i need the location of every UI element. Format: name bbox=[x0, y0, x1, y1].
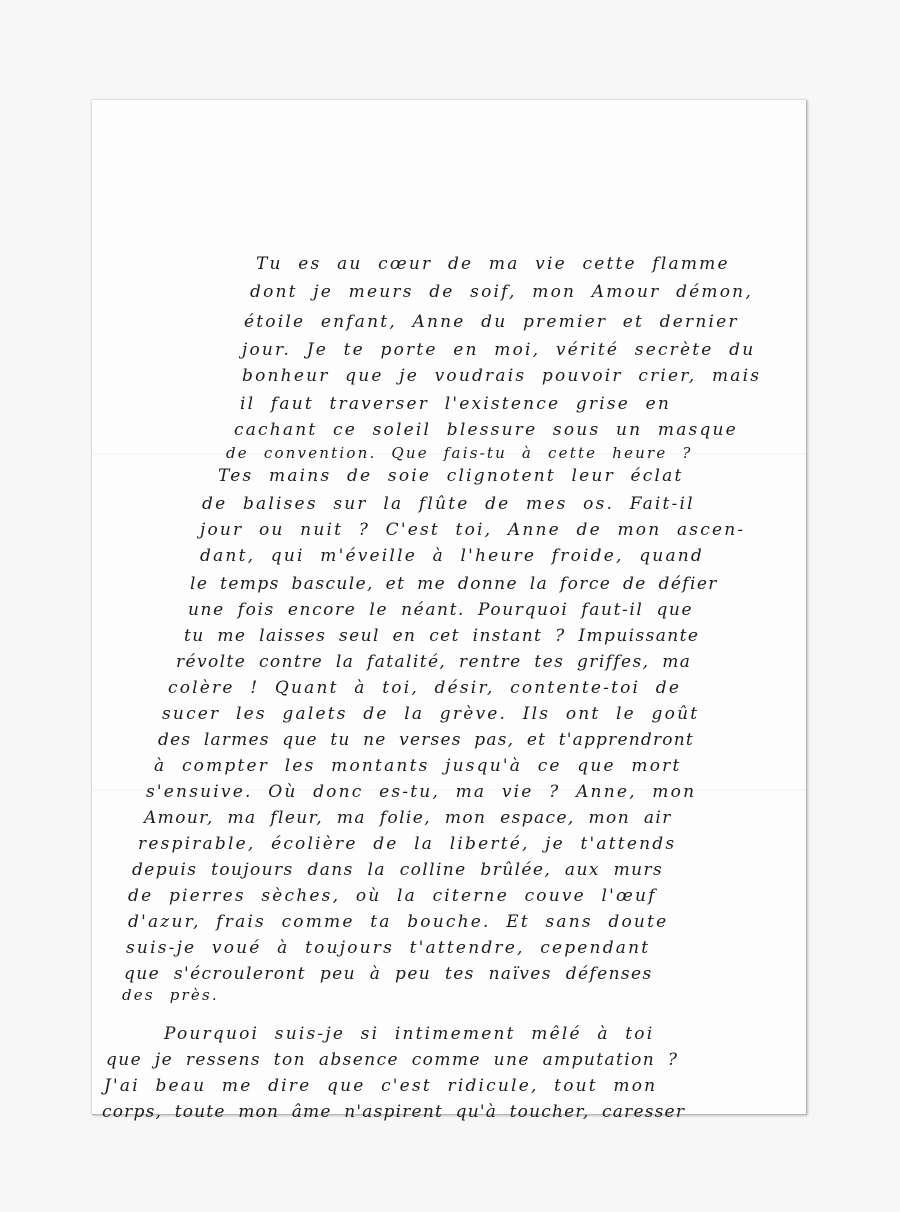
letter-line: le temps bascule, et me donne la force d… bbox=[190, 574, 718, 594]
letter-line: que je ressens ton absence comme une amp… bbox=[106, 1050, 678, 1070]
letter-line: suis-je voué à toujours t'attendre, cepe… bbox=[126, 938, 650, 958]
letter-line: bonheur que je voudrais pouvoir crier, m… bbox=[242, 366, 761, 386]
letter-line: s'ensuive. Où donc es-tu, ma vie ? Anne,… bbox=[146, 782, 696, 802]
letter-line: une fois encore le néant. Pourquoi faut-… bbox=[188, 600, 693, 620]
letter-line: des larmes que tu ne verses pas, et t'ap… bbox=[158, 730, 694, 750]
letter-line: de convention. Que fais-tu à cette heure… bbox=[226, 444, 693, 462]
letter-line: jour ou nuit ? C'est toi, Anne de mon as… bbox=[200, 520, 745, 540]
letter-line: à compter les montants jusqu'à ce que mo… bbox=[154, 756, 682, 776]
letter-line: sucer les galets de la grève. Ils ont le… bbox=[162, 704, 699, 724]
letter-line: que s'écrouleront peu à peu tes naïves d… bbox=[124, 964, 653, 984]
letter-line: corps, toute mon âme n'aspirent qu'à tou… bbox=[102, 1102, 685, 1122]
letter-line: Tes mains de soie clignotent leur éclat bbox=[218, 466, 683, 486]
letter-line: Pourquoi suis-je si intimement mêlé à to… bbox=[164, 1024, 654, 1044]
letter-line: colère ! Quant à toi, désir, contente-to… bbox=[168, 678, 681, 698]
letter-line: des près. bbox=[122, 986, 219, 1004]
letter-line: cachant ce soleil blessure sous un masqu… bbox=[234, 420, 738, 440]
letter-line: il faut traverser l'existence grise en bbox=[240, 394, 671, 414]
letter-line: dant, qui m'éveille à l'heure froide, qu… bbox=[200, 546, 704, 566]
letter-line: Amour, ma fleur, ma folie, mon espace, m… bbox=[144, 808, 672, 828]
letter-line: jour. Je te porte en moi, vérité secrète… bbox=[242, 340, 755, 360]
letter-line: de balises sur la flûte de mes os. Fait-… bbox=[202, 494, 695, 514]
letter-line: J'ai beau me dire que c'est ridicule, to… bbox=[104, 1076, 657, 1096]
letter-page: Tu es au cœur de ma vie cette flamme don… bbox=[92, 100, 807, 1115]
letter-line: dont je meurs de soif, mon Amour démon, bbox=[250, 282, 753, 302]
letter-line: tu me laisses seul en cet instant ? Impu… bbox=[184, 626, 699, 646]
letter-line: Tu es au cœur de ma vie cette flamme bbox=[256, 254, 676, 274]
letter-line: étoile enfant, Anne du premier et dernie… bbox=[244, 312, 739, 332]
letter-line: depuis toujours dans la colline brûlée, … bbox=[132, 860, 663, 880]
letter-line: révolte contre la fatalité, rentre tes g… bbox=[176, 652, 691, 672]
letter-line: d'azur, frais comme ta bouche. Et sans d… bbox=[128, 912, 668, 932]
letter-line: respirable, écolière de la liberté, je t… bbox=[138, 834, 676, 854]
letter-line: de pierres sèches, où la citerne couve l… bbox=[128, 886, 657, 906]
